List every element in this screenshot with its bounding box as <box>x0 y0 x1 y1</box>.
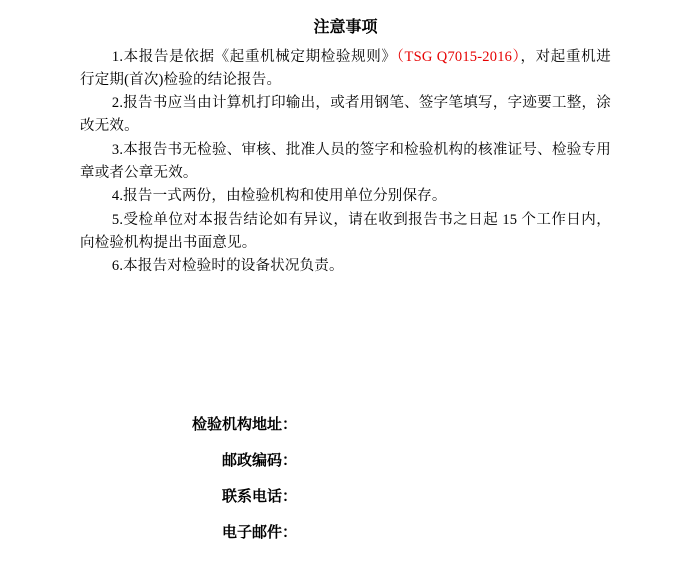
note-1-text-before: 1.本报告是依据《起重机械定期检验规则》 <box>112 49 397 65</box>
email-label: 电子邮件： <box>0 515 297 551</box>
note-item-5: 5.受检单位对本报告结论如有异议，请在收到报告书之日起 15 个工作日内，向检验… <box>80 209 611 256</box>
note-item-4: 4.报告一式两份，由检验机构和使用单位分别保存。 <box>80 185 611 208</box>
note-1-regulation-code: （TSG Q7015-2016） <box>397 49 521 65</box>
note-item-1: 1.本报告是依据《起重机械定期检验规则》（TSG Q7015-2016），对起重… <box>80 46 611 93</box>
contact-block: 检验机构地址： 邮政编码： 联系电话： 电子邮件： <box>0 407 297 551</box>
note-item-2: 2.报告书应当由计算机打印输出，或者用钢笔、签字笔填写，字迹要工整，涂改无效。 <box>80 92 611 139</box>
note-item-3: 3.本报告书无检验、审核、批准人员的签字和检验机构的核准证号、检验专用章或者公章… <box>80 139 611 186</box>
notes-page: 注意事项 1.本报告是依据《起重机械定期检验规则》（TSG Q7015-2016… <box>0 0 690 568</box>
notes-content: 注意事项 1.本报告是依据《起重机械定期检验规则》（TSG Q7015-2016… <box>80 16 611 278</box>
contact-phone-label: 联系电话： <box>0 479 297 515</box>
postal-code-label: 邮政编码： <box>0 443 297 479</box>
note-item-6: 6.本报告对检验时的设备状况负责。 <box>80 255 611 278</box>
inspection-agency-address-label: 检验机构地址： <box>0 407 297 443</box>
page-title: 注意事项 <box>80 16 611 39</box>
